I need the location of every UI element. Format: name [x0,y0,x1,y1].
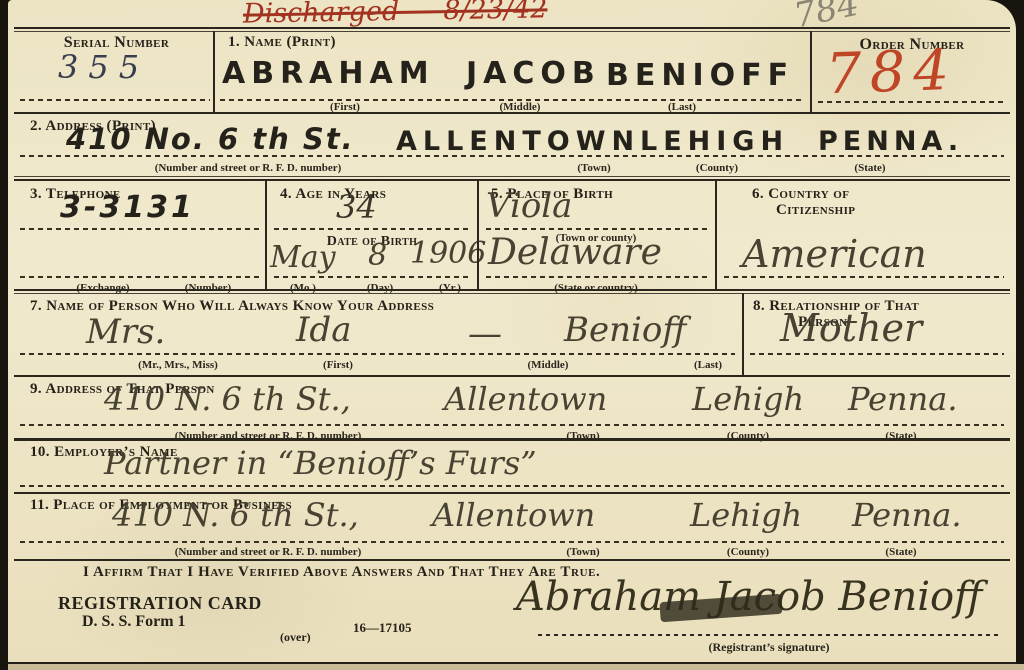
scan-bottom-edge [8,664,1024,670]
address-street-value: 410 No. 6 th St. [66,122,355,156]
telephone-writing-line-1 [20,228,260,230]
address-county-caption: (County) [696,162,738,174]
contact-address-county-value: Lehigh [692,380,804,418]
employment-writing-line [20,541,1004,543]
rule-below-row1 [14,112,1010,114]
contact-writing-line [20,353,735,355]
employment-town-caption: (Town) [566,546,599,558]
rule-top-inner [14,31,1010,32]
contact-first-caption: (First) [323,359,353,371]
name-last-value: BENIOFF [606,58,794,93]
citizenship-label-line1: 6. Country of [752,186,849,203]
dob-month-value: May [270,240,336,275]
contact-address-town-value: Allentown [444,380,607,418]
contact-title-value: Mrs. [86,312,165,352]
registration-card: Discharged — 8/23/42 784 Serial Number 3… [8,0,1016,664]
rule-below-address-inner [14,176,1010,177]
print-code: 16—17105 [353,620,412,636]
order-number-value: 784 [825,38,958,108]
divider-age-birthplace [477,179,479,289]
employer-value: Partner in “Benioff’s Furs” [104,444,537,482]
telephone-value: 3-3131 [60,190,195,225]
contact-address-street-value: 410 N. 6 th St., [104,380,351,418]
birthplace-town-value: Viola [486,186,572,226]
name-first-value: ABRAHAM [222,56,435,91]
contact-last-value: Benioff [564,310,686,350]
divider-birthplace-citizenship [715,179,717,289]
dob-writing-line [274,276,470,278]
rule-below-row11 [14,559,1010,561]
citizenship-value: American [742,232,927,276]
relationship-writing-line [750,353,1004,355]
scanned-draft-card-page: { "annotations": { "discharge_note": "Di… [0,0,1024,670]
over-note: (over) [280,630,311,645]
age-writing-line [274,228,470,230]
employment-state-value: Penna. [852,496,962,534]
employment-street-value: 410 N. 6 th St., [112,496,359,534]
address-state-value: PENNA. [818,126,963,157]
contact-address-state-value: Penna. [848,380,958,418]
contact-middle-value: — [468,314,502,354]
rule-top [14,27,1010,29]
contact-title-caption: (Mr., Mrs., Miss) [138,359,218,371]
divider-telephone-age [265,179,267,289]
relationship-value: Mother [780,306,922,350]
address-town-value: ALLENTOWN [396,126,640,157]
rule-below-rows3-6 [14,289,1010,291]
discharge-annotation: Discharged — 8/23/42 [243,0,548,30]
serial-number-value: 355 [58,48,149,86]
citizenship-label-line2: Citizenship [776,202,855,219]
name-middle-value: JACOB [466,56,601,91]
birthplace-writing-line-2 [486,276,708,278]
address-town-caption: (Town) [577,162,610,174]
signature-line [538,634,1000,636]
address-writing-line [20,155,1004,157]
dob-year-value: 1906 [410,236,486,271]
citizenship-writing-line [724,276,1004,278]
birthplace-state-value: Delaware [488,232,662,273]
contact-address-writing-line [20,424,1004,426]
address-street-caption: (Number and street or R. F. D. number) [155,162,342,174]
employer-writing-line [20,485,1004,487]
rule-below-row9 [14,438,1010,441]
dob-day-value: 8 [368,238,387,273]
rule-below-address [14,179,1010,181]
rule-below-rows3-6-inner [14,293,1010,294]
birthplace-writing-line-1 [486,228,708,230]
contact-last-caption: (Last) [694,359,722,371]
employment-county-value: Lehigh [690,496,802,534]
name-label: 1. Name (Print) [228,34,336,51]
telephone-writing-line-2 [20,276,260,278]
contact-middle-caption: (Middle) [528,359,569,371]
employment-street-caption: (Number and street or R. F. D. number) [175,546,362,558]
rule-below-row10 [14,492,1010,494]
signature-caption: (Registrant’s signature) [709,640,830,655]
age-value: 34 [336,188,377,226]
employment-town-value: Allentown [432,496,595,534]
signature-last: Benioff [838,574,982,620]
address-county-value: LEHIGH [640,126,789,157]
order-writing-line [818,101,1004,103]
divider-serial-name [213,31,215,112]
address-state-caption: (State) [854,162,885,174]
divider-contact-relationship [742,293,744,375]
employment-county-caption: (County) [727,546,769,558]
divider-name-order [810,31,812,112]
rule-below-row7-8 [14,375,1010,377]
serial-writing-line [20,99,210,101]
employment-state-caption: (State) [885,546,916,558]
form-name: D. S. S. Form 1 [82,613,186,631]
card-title: REGISTRATION CARD [58,593,262,614]
contact-first-value: Ida [296,310,351,350]
